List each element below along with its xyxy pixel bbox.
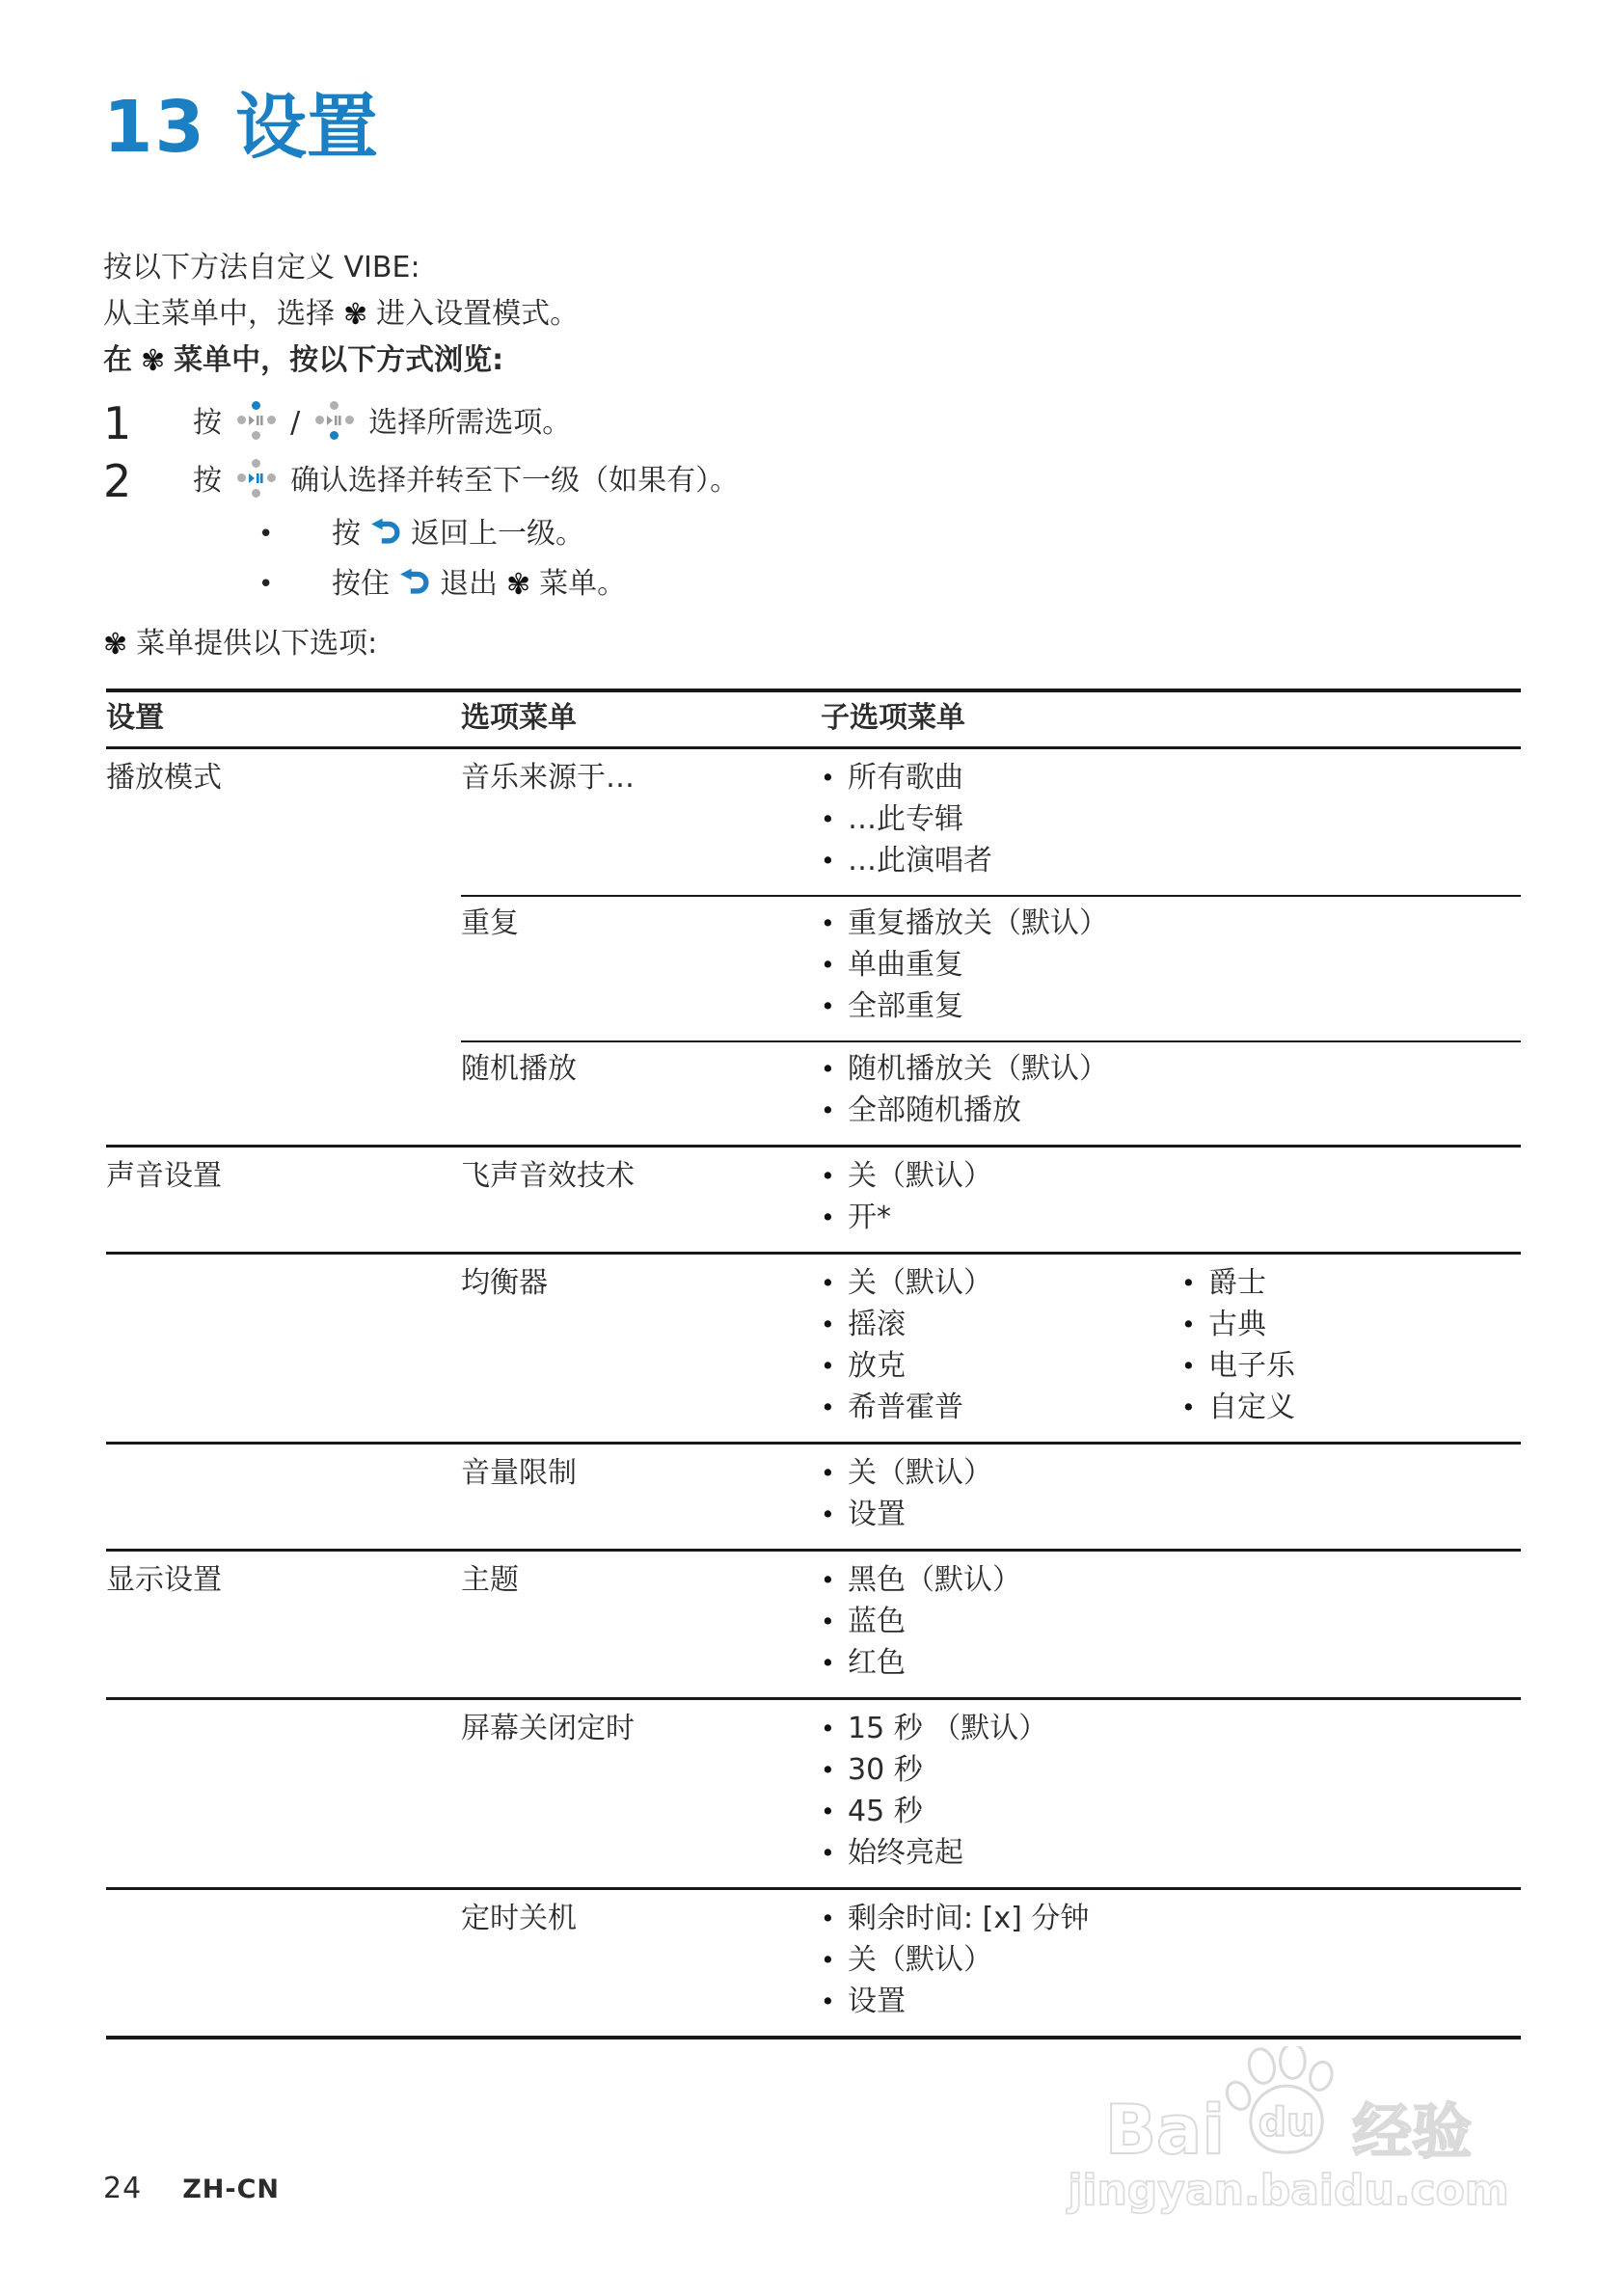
sub-option-item: •设置 <box>821 1981 1181 2022</box>
substep-exit-post: 菜单。 <box>539 567 626 601</box>
sub-option-item: •重复播放关（默认） <box>821 903 1181 944</box>
settings-flower-icon: ✾ <box>343 292 367 338</box>
option-cell: 屏幕关闭定时 <box>461 1708 821 1874</box>
group-cell <box>106 903 461 1027</box>
sub-option-item: •电子乐 <box>1181 1345 1521 1387</box>
table-row-backlight-timer: 屏幕关闭定时 •15 秒 （默认） •30 秒 •45 秒 •始终亮起 <box>106 1697 1521 1887</box>
sub-options: •关（默认） •开* <box>821 1155 1181 1238</box>
option-cell: 飞声音效技术 <box>461 1155 821 1238</box>
table-row-volume-limit: 音量限制 •关（默认） •设置 <box>106 1442 1521 1549</box>
sub-option-item: •设置 <box>821 1494 1181 1535</box>
table-row-fullsound: 声音设置 飞声音效技术 •关（默认） •开* <box>106 1145 1521 1252</box>
page-footer: 24 ZH-CN <box>103 2172 280 2205</box>
step-2-number: 2 <box>103 457 193 505</box>
watermark-logo-row: Bai du 经验 <box>1038 2046 1539 2164</box>
option-cell: 主题 <box>461 1559 821 1684</box>
table-row-repeat: 重复 •重复播放关（默认） •单曲重复 •全部重复 <box>106 895 1521 1040</box>
step-1-separator: / <box>290 406 300 440</box>
sub-option-item: •随机播放关（默认） <box>821 1048 1181 1090</box>
sub-option-item: •关（默认） <box>821 1262 1181 1304</box>
option-cell: 音量限制 <box>461 1452 821 1535</box>
step-2: 2 按 确认选择并转至下一级（如果有）。 • 按返回上一级。 <box>103 457 1624 608</box>
substep-exit-text: 按住退出✾菜单。 <box>332 561 626 608</box>
sub-option-item: •关（默认） <box>821 1939 1181 1981</box>
step-1-number: 1 <box>103 399 193 447</box>
sub-option-item: •始终亮起 <box>821 1832 1181 1874</box>
intro-line-3: 在✾菜单中，按以下方式浏览: <box>103 338 1521 384</box>
sub-options: •黑色（默认） •蓝色 •红色 <box>821 1559 1181 1684</box>
sub-option-item: •30 秒 <box>821 1749 1181 1791</box>
option-cell: 音乐来源于… <box>461 757 821 881</box>
step-1-post: 选择所需选项。 <box>368 406 571 440</box>
table-row-theme: 显示设置 主题 •黑色（默认） •蓝色 •红色 <box>106 1549 1521 1697</box>
sub-option-item: •所有歌曲 <box>821 757 1181 798</box>
step-1-pre: 按 <box>193 406 222 440</box>
bullet-marker: • <box>258 561 332 608</box>
option-cell: 随机播放 <box>461 1048 821 1131</box>
table-row-sleep-timer: 定时关机 •剩余时间: [x] 分钟 •关（默认） •设置 <box>106 1887 1521 2036</box>
sub-option-item: •单曲重复 <box>821 944 1181 986</box>
step-2-line: 按 确认选择并转至下一级（如果有）。 <box>193 457 739 505</box>
group-cell <box>106 1898 461 2022</box>
settings-flower-icon: ✾ <box>103 622 127 668</box>
sub-options: •所有歌曲 •…此专辑 •…此演唱者 <box>821 757 1181 881</box>
option-cell: 定时关机 <box>461 1898 821 2022</box>
settings-flower-icon: ✾ <box>141 338 165 385</box>
step-2-text: 按 确认选择并转至下一级（如果有）。 • 按返回上一级。 <box>193 457 739 608</box>
group-cell: 显示设置 <box>106 1559 461 1684</box>
option-cell: 重复 <box>461 903 821 1027</box>
bullet-marker: • <box>258 511 332 557</box>
group-cell <box>106 1262 461 1428</box>
language-label: ZH-CN <box>182 2174 280 2204</box>
sub-options: •随机播放关（默认） •全部随机播放 <box>821 1048 1181 1131</box>
sub-options: •重复播放关（默认） •单曲重复 •全部重复 <box>821 903 1181 1027</box>
table-lead-line: ✾菜单提供以下选项: <box>103 621 1521 667</box>
substep-exit-mid: 退出 <box>440 567 498 601</box>
substep-back-pre: 按 <box>332 517 361 551</box>
back-arrow-icon <box>368 516 403 546</box>
sub-option-item: •…此演唱者 <box>821 840 1181 881</box>
substep-exit-pre: 按住 <box>332 567 390 601</box>
step-2-post: 确认选择并转至下一级（如果有）。 <box>290 464 739 498</box>
step-2-pre: 按 <box>193 464 222 498</box>
sub-option-item: •放克 <box>821 1345 1181 1387</box>
substep-back: • 按返回上一级。 <box>258 511 739 557</box>
sub-option-item: •蓝色 <box>821 1601 1181 1642</box>
table-row-music-from: 播放模式 音乐来源于… •所有歌曲 •…此专辑 •…此演唱者 <box>106 749 1521 895</box>
table-header-option-menu: 选项菜单 <box>461 702 821 735</box>
group-cell <box>106 1048 461 1131</box>
intro-line-3-pre: 在 <box>103 343 132 377</box>
sub-option-item: •…此专辑 <box>821 798 1181 840</box>
intro-line-2-pre: 从主菜单中，选择 <box>103 297 335 331</box>
sub-option-item: •爵士 <box>1181 1262 1521 1304</box>
group-cell: 播放模式 <box>106 757 461 881</box>
table-header-setting: 设置 <box>106 702 461 735</box>
group-cell: 声音设置 <box>106 1155 461 1238</box>
baidu-jingyan-watermark: Bai du 经验 jingyan.baidu.com <box>1038 2046 1539 2215</box>
watermark-brand-cn: 经验 <box>1352 2100 1472 2164</box>
substep-back-text: 按返回上一级。 <box>332 511 584 557</box>
sub-option-item: •希普霍普 <box>821 1387 1181 1428</box>
intro-line-2-post: 进入设置模式。 <box>376 297 579 331</box>
sub-option-item: •45 秒 <box>821 1791 1181 1832</box>
sub-options: •剩余时间: [x] 分钟 •关（默认） •设置 <box>821 1898 1181 2022</box>
table-row-equalizer: 均衡器 •关（默认） •摇滚 •放克 •希普霍普 •爵士 •古典 •电子乐 •自… <box>106 1252 1521 1442</box>
intro-line-2: 从主菜单中，选择✾进入设置模式。 <box>103 291 1521 338</box>
sub-option-item: •古典 <box>1181 1304 1521 1345</box>
steps-block: 1 按 / 选择所需选项。 2 按 <box>103 399 1624 608</box>
step-1: 1 按 / 选择所需选项。 <box>103 399 1624 447</box>
table-row-shuffle: 随机播放 •随机播放关（默认） •全部随机播放 <box>106 1040 1521 1145</box>
dpad-up-icon <box>236 400 277 441</box>
table-header-sub-option-menu: 子选项菜单 <box>821 702 1181 735</box>
page-title: 13设置 <box>103 91 1624 166</box>
watermark-url: jingyan.baidu.com <box>1038 2166 1539 2215</box>
table-lead-text: 菜单提供以下选项: <box>136 627 377 661</box>
page-number: 24 <box>103 2172 142 2205</box>
back-arrow-icon <box>397 566 432 596</box>
sub-options-col2: •爵士 •古典 •电子乐 •自定义 <box>1181 1262 1521 1428</box>
settings-flower-icon: ✾ <box>506 562 530 608</box>
sub-option-item: •全部随机播放 <box>821 1090 1181 1131</box>
sub-option-item: •自定义 <box>1181 1387 1521 1428</box>
sub-options: •15 秒 （默认） •30 秒 •45 秒 •始终亮起 <box>821 1708 1181 1874</box>
substep-back-post: 返回上一级。 <box>411 517 584 551</box>
group-cell <box>106 1452 461 1535</box>
sub-options: •关（默认） •摇滚 •放克 •希普霍普 <box>821 1262 1181 1428</box>
sub-option-item: •剩余时间: [x] 分钟 <box>821 1898 1181 1939</box>
group-cell <box>106 1708 461 1874</box>
chapter-number: 13 <box>103 86 206 169</box>
dpad-down-icon <box>314 400 355 441</box>
manual-page: 13设置 按以下方法自定义 VIBE: 从主菜单中，选择✾进入设置模式。 在✾菜… <box>0 0 1624 2296</box>
watermark-du-text: du <box>1259 2098 1314 2145</box>
chapter-title-text: 设置 <box>235 86 378 169</box>
step-1-text: 按 / 选择所需选项。 <box>193 399 571 447</box>
intro-line-3-post: 菜单中，按以下方式浏览: <box>174 343 503 377</box>
sub-option-item: •15 秒 （默认） <box>821 1708 1181 1749</box>
sub-option-item: •全部重复 <box>821 986 1181 1027</box>
dpad-confirm-icon <box>236 458 277 499</box>
sub-option-item: •红色 <box>821 1642 1181 1684</box>
substep-exit: • 按住退出✾菜单。 <box>258 561 739 608</box>
intro-line-1: 按以下方法自定义 VIBE: <box>103 245 1521 291</box>
sub-option-item: •摇滚 <box>821 1304 1181 1345</box>
table-header-row: 设置 选项菜单 子选项菜单 <box>106 692 1521 749</box>
sub-option-item: •黑色（默认） <box>821 1559 1181 1601</box>
step-2-substeps: • 按返回上一级。 • 按住退出✾菜单。 <box>258 511 739 608</box>
sub-options: •关（默认） •设置 <box>821 1452 1181 1535</box>
sub-option-item: •关（默认） <box>821 1452 1181 1494</box>
sub-option-item: •开* <box>821 1197 1181 1238</box>
intro-block: 按以下方法自定义 VIBE: 从主菜单中，选择✾进入设置模式。 在✾菜单中，按以… <box>103 245 1521 384</box>
option-cell: 均衡器 <box>461 1262 821 1428</box>
sub-option-item: •关（默认） <box>821 1155 1181 1197</box>
settings-table: 设置 选项菜单 子选项菜单 播放模式 音乐来源于… •所有歌曲 •…此专辑 •…… <box>106 689 1521 2039</box>
paw-icon: du <box>1225 2046 1348 2164</box>
watermark-brand-latin: Bai <box>1105 2096 1226 2164</box>
